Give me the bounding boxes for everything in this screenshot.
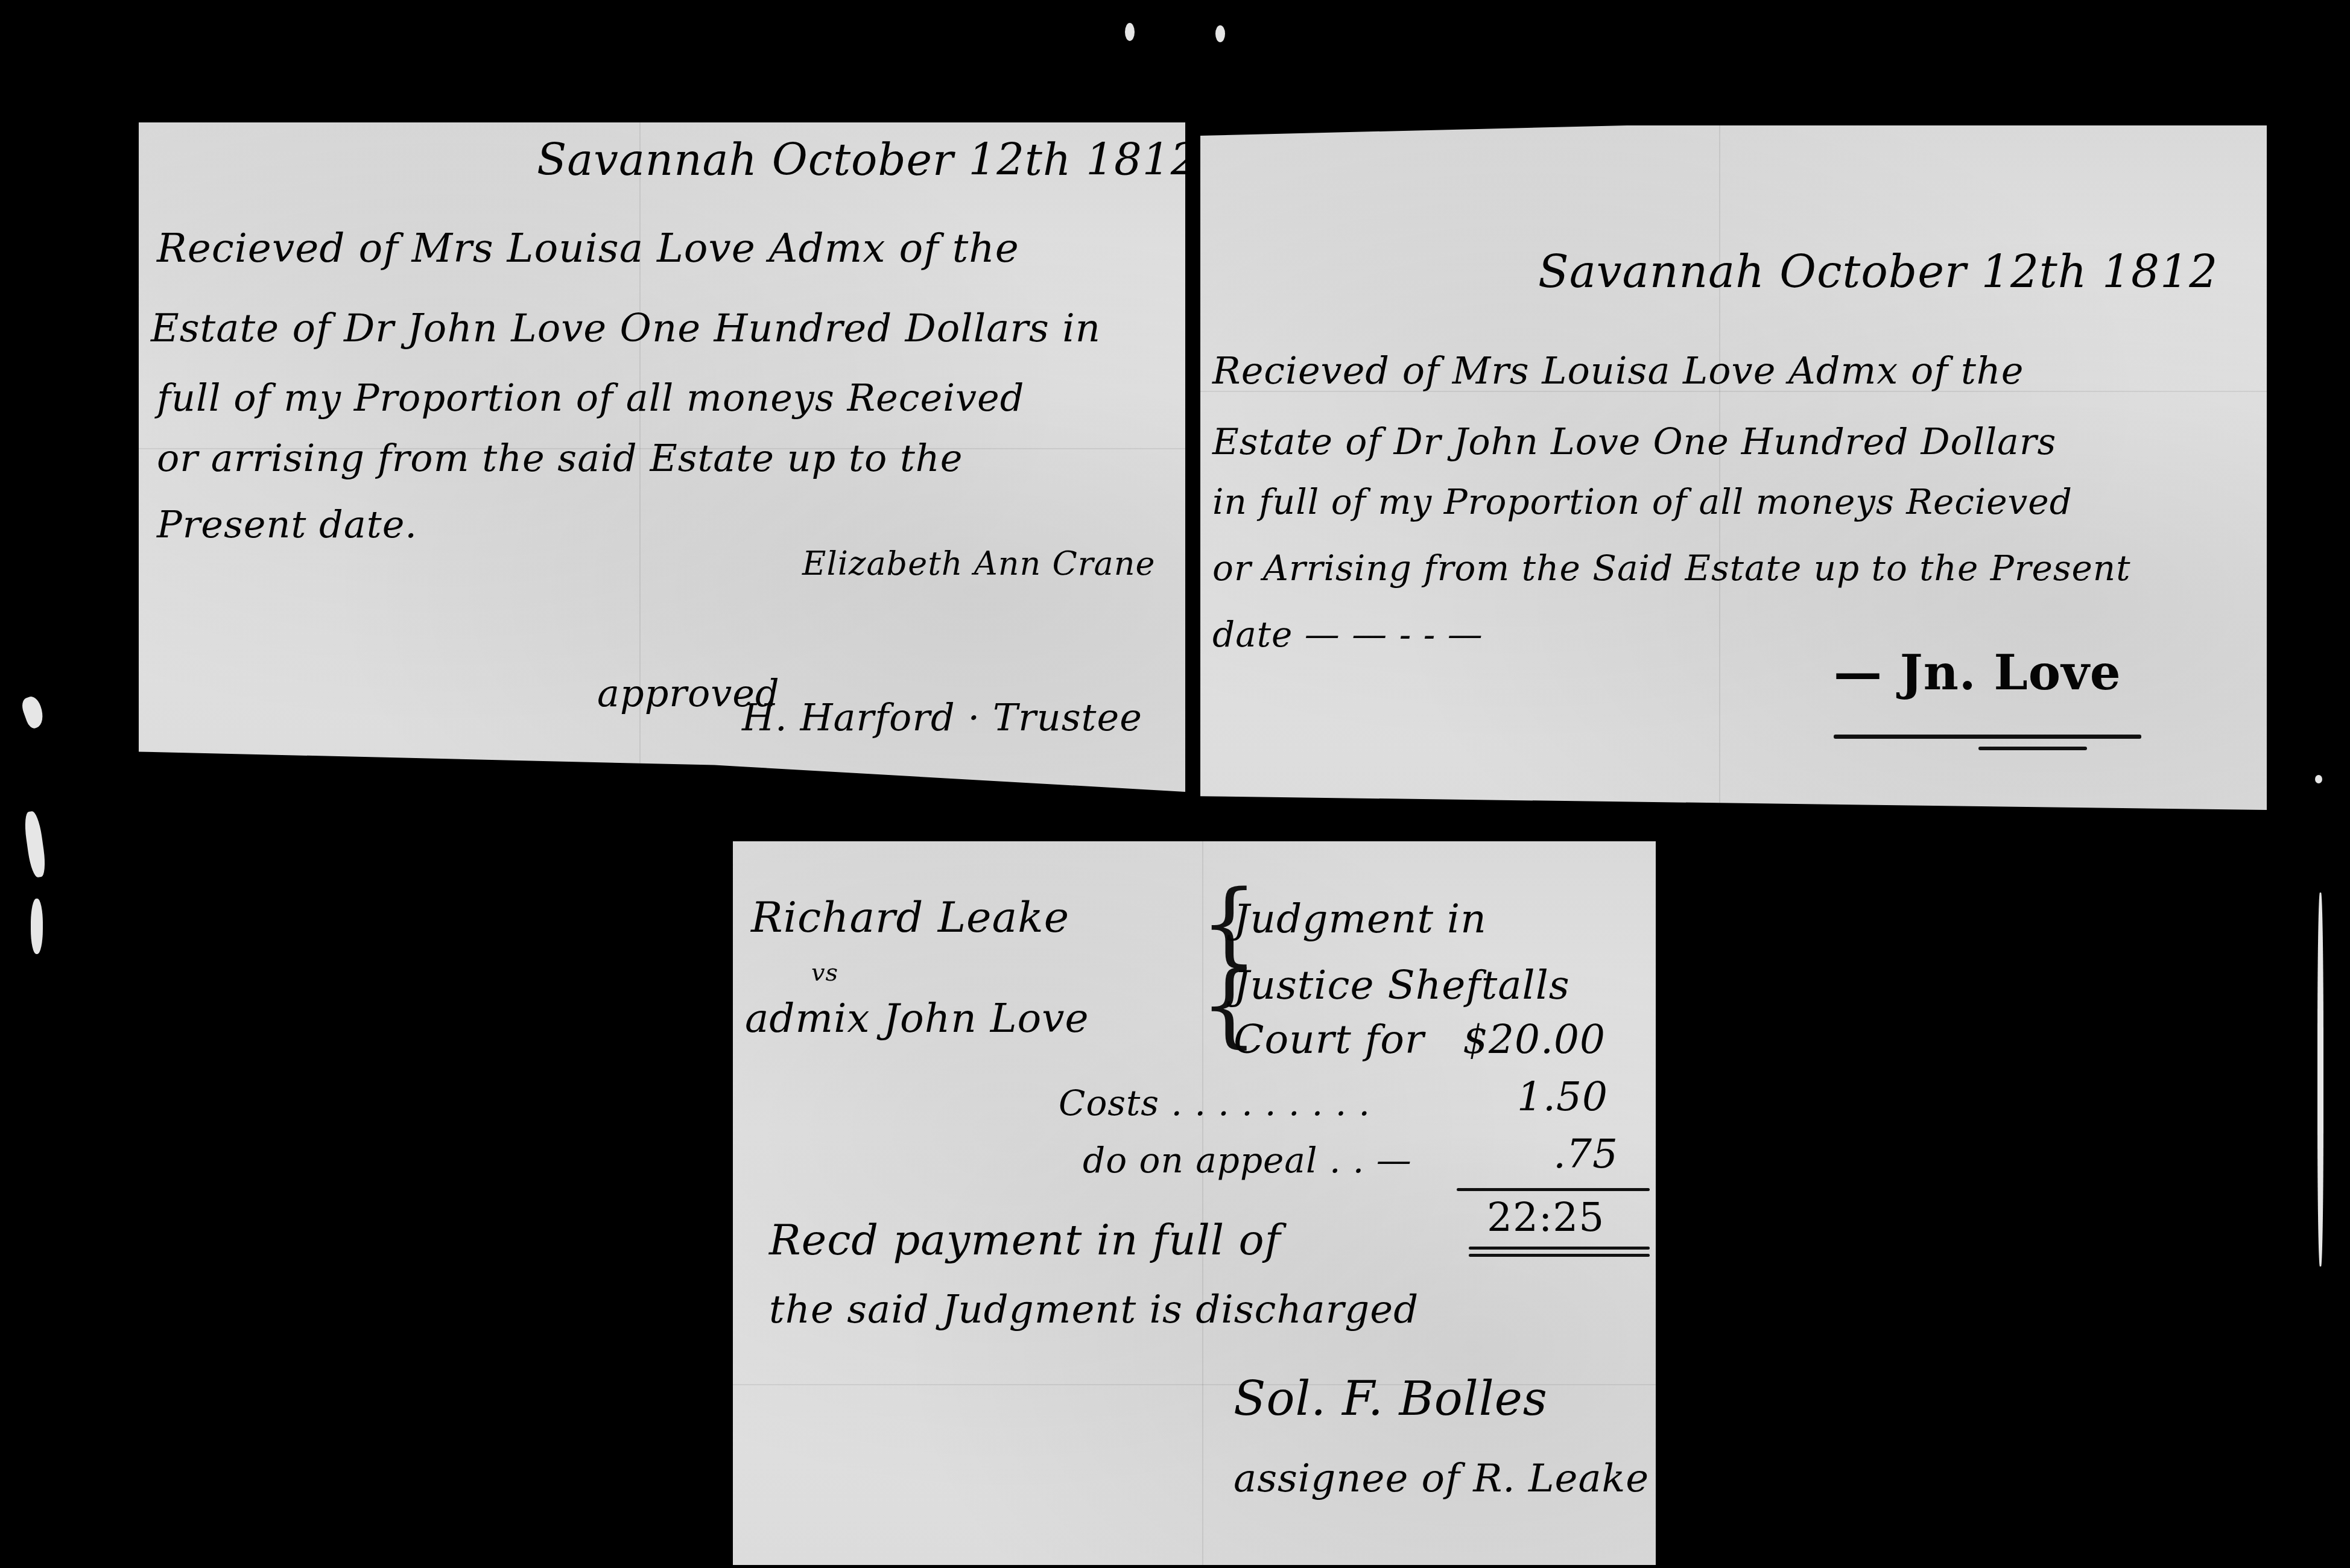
- ledger-label-3: do on appeal . . —: [1083, 1140, 1412, 1181]
- left-edge-speck-2: [22, 811, 47, 879]
- judgment-line-1: Judgment in: [1234, 896, 1487, 942]
- receipt-left: Savannah October 12th 1812 Recieved of M…: [139, 122, 1185, 792]
- ledger-amount-1: $20.00: [1463, 1016, 1606, 1063]
- signature-flourish: [1978, 747, 2087, 750]
- ledger-label-2: Costs . . . . . . . . .: [1059, 1083, 1370, 1124]
- top-mark-left: [1125, 23, 1135, 41]
- plaintiff-name: Richard Leake: [751, 893, 1069, 942]
- body-line-1: Recieved of Mrs Louisa Love Admx of the: [1212, 349, 2024, 393]
- signature-flourish: [1834, 735, 2141, 739]
- sum-rule: [1457, 1188, 1650, 1191]
- body-line-5: date — — - - —: [1212, 614, 1483, 655]
- ledger-total: 22:25: [1487, 1194, 1604, 1241]
- ledger-amount-3: .75: [1553, 1131, 1618, 1177]
- signature-elizabeth-ann-crane: Elizabeth Ann Crane: [802, 545, 1156, 583]
- body-line-1: Recieved of Mrs Louisa Love Admx of the: [157, 225, 1019, 271]
- right-edge-streak: [2317, 893, 2323, 1266]
- dateline: Savannah October 12th 1812: [537, 134, 1199, 185]
- versus-label: vs: [811, 959, 838, 987]
- judgment-note: Richard Leake vs admix John Love { { Jud…: [733, 841, 1656, 1565]
- signature-role: assignee of R. Leake: [1234, 1456, 1649, 1501]
- receipt-line-2: the said Judgment is discharged: [769, 1288, 1419, 1332]
- judgment-line-3: Court for: [1234, 1016, 1425, 1063]
- total-double-rule: [1469, 1247, 1650, 1250]
- body-line-3: full of my Proportion of all moneys Rece…: [157, 376, 1024, 420]
- body-line-5: Present date.: [157, 502, 417, 546]
- body-line-4: or arrising from the said Estate up to t…: [157, 436, 963, 480]
- receipt-line-1: Recd payment in full of: [769, 1215, 1281, 1265]
- signature-bolles: Sol. F. Bolles: [1234, 1372, 1548, 1426]
- body-line-3: in full of my Proportion of all moneys R…: [1212, 481, 2073, 522]
- body-line-2: Estate of Dr John Love One Hundred Dolla…: [151, 306, 1101, 351]
- body-line-4: or Arrising from the Said Estate up to t…: [1212, 548, 2131, 589]
- ledger-amount-2: 1.50: [1517, 1073, 1608, 1120]
- signature-jn-love: — Jn. Love: [1834, 644, 2121, 701]
- top-mark-right: [1215, 25, 1225, 42]
- receipt-right: Savannah October 12th 1812 Recieved of M…: [1200, 125, 2267, 810]
- body-line-2: Estate of Dr John Love One Hundred Dolla…: [1212, 421, 2056, 463]
- total-double-rule: [1469, 1254, 1650, 1257]
- left-edge-speck-3: [31, 899, 43, 954]
- defendant-name: admix John Love: [745, 995, 1089, 1042]
- signature-harford-trustee: H. Harford · Trustee: [742, 695, 1142, 739]
- left-edge-speck-1: [19, 694, 47, 730]
- right-edge-speck: [2315, 775, 2322, 783]
- dateline: Savannah October 12th 1812: [1538, 246, 2218, 298]
- judgment-line-2: Justice Sheftalls: [1234, 962, 1570, 1008]
- fold-line: [1719, 125, 1720, 810]
